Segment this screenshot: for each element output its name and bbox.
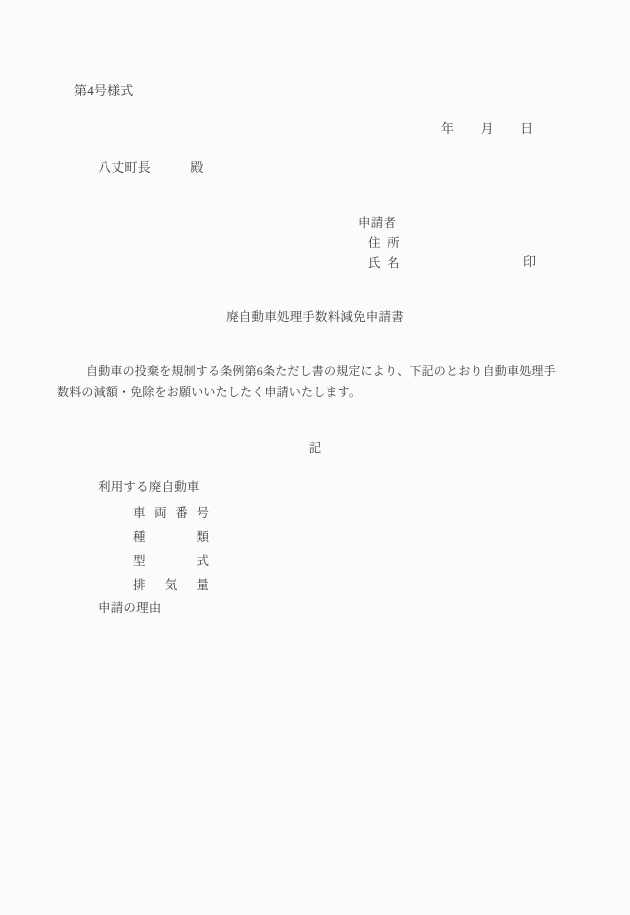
seal-label: 印 bbox=[523, 255, 536, 268]
reason-heading: 申請の理由 bbox=[98, 602, 162, 615]
vehicle-fields: 車両番号 種類 型式 排気量 bbox=[133, 501, 209, 597]
document-title: 廃自動車処理手数料減免申請書 bbox=[0, 311, 630, 324]
vehicle-field-displacement-label: 排気量 bbox=[133, 573, 209, 597]
body-line-2: 数料の減額・免除をお願いいたしたく申請いたします。 bbox=[57, 382, 577, 403]
document-page: 第4号様式 年 月 日 八丈町長 殿 申請者 住 所 氏 名 印 廃自動車処理手… bbox=[0, 0, 630, 915]
addressee-line: 八丈町長 殿 bbox=[98, 161, 204, 174]
applicant-heading: 申請者 bbox=[358, 217, 396, 230]
vehicle-field-model-label: 型式 bbox=[133, 549, 209, 573]
vehicle-field-kind-label: 種類 bbox=[133, 525, 209, 549]
vehicle-field-plate-number-label: 車両番号 bbox=[133, 501, 209, 525]
form-number: 第4号様式 bbox=[74, 84, 134, 97]
record-marker: 記 bbox=[0, 442, 630, 455]
applicant-address-label: 住 所 bbox=[368, 237, 400, 250]
body-paragraph: 自動車の投棄を規制する条例第6条ただし書の規定により、下記のとおり自動車処理手 … bbox=[57, 361, 577, 403]
vehicle-section-heading: 利用する廃自動車 bbox=[98, 481, 200, 494]
body-line-1: 自動車の投棄を規制する条例第6条ただし書の規定により、下記のとおり自動車処理手 bbox=[57, 361, 577, 382]
applicant-name-label: 氏 名 bbox=[368, 257, 400, 270]
date-line: 年 月 日 bbox=[441, 122, 533, 135]
